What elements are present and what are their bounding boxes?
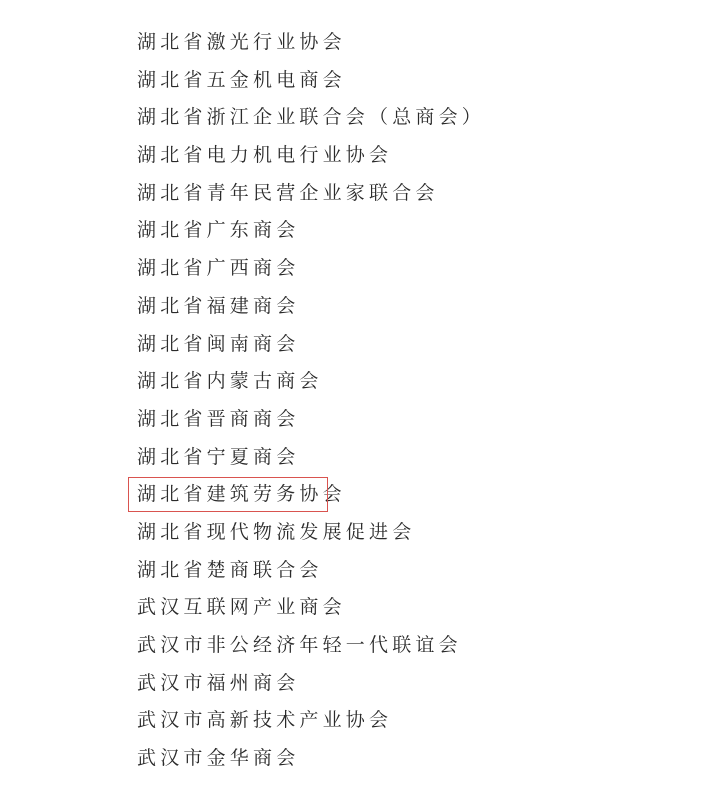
list-item: 武汉市金华商会: [137, 740, 485, 778]
highlighted-list-item: 湖北省建筑劳务协会: [137, 476, 485, 514]
list-item: 武汉市高新技术产业协会: [137, 702, 485, 740]
list-item: 武汉市非公经济年轻一代联谊会: [137, 627, 485, 665]
list-item: 湖北省青年民营企业家联合会: [137, 175, 485, 213]
list-item: 湖北省宁夏商会: [137, 439, 485, 477]
list-item: 武汉互联网产业商会: [137, 589, 485, 627]
list-item: 湖北省晋商商会: [137, 401, 485, 439]
list-item: 湖北省广西商会: [137, 250, 485, 288]
list-item: 湖北省内蒙古商会: [137, 363, 485, 401]
highlight-box: [128, 477, 328, 512]
list-item: 湖北省五金机电商会: [137, 62, 485, 100]
organization-list: 湖北省激光行业协会 湖北省五金机电商会 湖北省浙江企业联合会（总商会） 湖北省电…: [137, 24, 485, 778]
list-item: 湖北省现代物流发展促进会: [137, 514, 485, 552]
list-item: 湖北省电力机电行业协会: [137, 137, 485, 175]
list-item: 湖北省福建商会: [137, 288, 485, 326]
list-item: 武汉市福州商会: [137, 665, 485, 703]
list-item: 湖北省楚商联合会: [137, 552, 485, 590]
list-item: 湖北省浙江企业联合会（总商会）: [137, 99, 485, 137]
list-item: 湖北省闽南商会: [137, 326, 485, 364]
list-item: 湖北省广东商会: [137, 212, 485, 250]
list-item: 湖北省激光行业协会: [137, 24, 485, 62]
